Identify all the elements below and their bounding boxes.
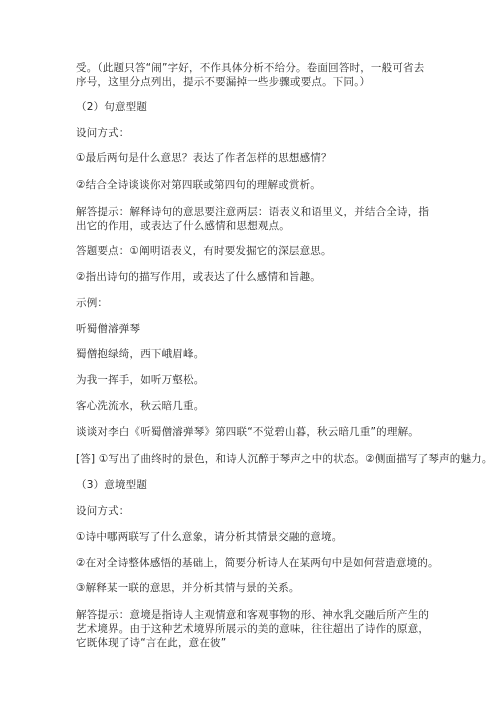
question-item-3-2: ②在对全诗整体感悟的基础上，简要分析诗人在某两句中是如何营造意境的。 [76,556,436,570]
answer-hint-2: 解答提示：意境是指诗人主观情意和客观事物的形、神水乳交融后所产生的艺术境界。由于… [76,608,434,650]
question-item-3-1: ①诗中哪两联写了什么意象，请分析其情景交融的意境。 [76,530,436,544]
poem-line-1: 蜀僧抱绿绮，西下峨眉峰。 [76,347,436,361]
document-page: 受。（此题只答“闹”字好，不作具体分析不给分。卷面回答时，一般可省去序号，这里分… [0,0,500,707]
section-heading-sentence-meaning: （2）句意型题 [76,100,436,114]
answer-key-point-2: ②指出诗句的描写作用，或表达了什么感情和旨趣。 [76,270,436,284]
question-format-label-2: 设问方式： [76,504,436,518]
question-format-label: 设问方式： [76,126,436,140]
example-answer: [答] ①写出了曲终时的景色，和诗人沉醉于琴声之中的状态。②侧面描写了琴声的魅力… [76,452,436,466]
answer-key-point-1: 答题要点：①阐明语表义，有时要发掘它的深层意思。 [76,244,436,258]
paragraph-continuation: 受。（此题只答“闹”字好，不作具体分析不给分。卷面回答时，一般可省去序号，这里分… [76,61,434,89]
question-item-2: ②结合全诗谈谈你对第四联或第四句的理解或赏析。 [76,178,436,192]
example-question: 谈谈对李白《听蜀僧濬弹琴》第四联“不觉碧山暮，秋云暗几重”的理解。 [76,425,436,439]
example-label: 示例： [76,296,436,310]
question-item-1: ①最后两句是什么意思？表达了作者怎样的思想感情？ [76,151,436,165]
poem-line-3: 客心洗流水，秋云暗几重。 [76,399,436,413]
poem-title: 听蜀僧濬弹琴 [76,322,436,336]
poem-line-2: 为我一挥手，如听万壑松。 [76,373,436,387]
section-heading-artistic-conception: （3）意境型题 [76,478,436,492]
question-item-3-3: ③解释某一联的意思，并分析其情与景的关系。 [76,581,436,595]
answer-hint: 解答提示：解释诗句的意思要注意两层：语表义和语里义，并结合全诗，指出它的作用，或… [76,205,434,233]
